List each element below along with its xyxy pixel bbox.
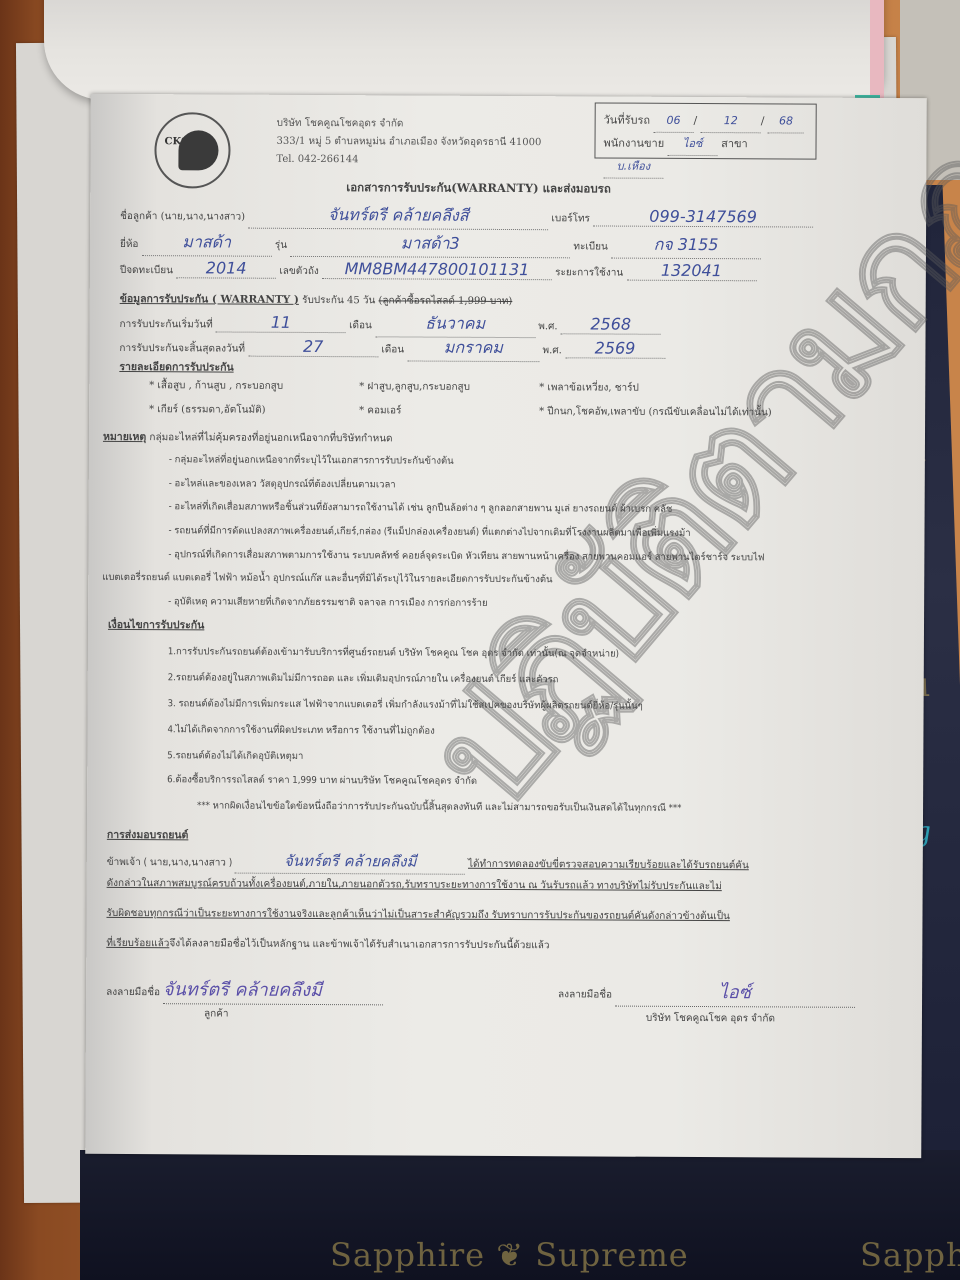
phone-label: เบอร์โทร (551, 213, 590, 224)
delivery-text: ที่เรียบร้อยแล้ว (106, 938, 169, 949)
registration-row: ปีจดทะเบียน 2014 เลขตัวถัง MM8BM44780010… (120, 258, 757, 281)
start-month: ธันวาคม (375, 311, 535, 338)
month-label: เดือน (349, 320, 372, 331)
receive-month: 12 (701, 110, 761, 133)
model-value: มาสด้า3 (290, 231, 570, 258)
delivery-text: ได้ทำการทดลองขับขี่ตรวจสอบความเรียบร้อยแ… (468, 859, 749, 871)
exclusion-item: - อะไหล่และของเหลว วัสดุอุปกรณ์ที่ต้องเป… (169, 476, 396, 492)
coverage-heading-row: รายละเอียดการรับประกัน (119, 358, 233, 376)
customer-name-value: จันทร์ตรี คล้ายคลึงสี (248, 203, 548, 231)
exclusion-item: แบตเตอรี่รถยนต์ แบตเตอรี่ ไฟฟ้า หม้อน้ำ … (102, 570, 552, 587)
receive-day: 06 (653, 110, 693, 133)
vin-value: MM8BM447800101131 (322, 259, 552, 280)
conditions-footnote: *** หากผิดเงื่อนไขข้อใดข้อหนึ่งถือว่าการ… (197, 798, 681, 816)
company-tel: Tel. 042-266144 (276, 151, 541, 170)
end-day: 27 (248, 337, 378, 358)
warranty-heading: ข้อมูลการรับประกัน ( WARRANTY ) (120, 293, 299, 306)
company-sign-label: ลงลายมือชื่อ (558, 989, 612, 1000)
be-year-label: พ.ศ. (538, 321, 557, 332)
coverage-heading: รายละเอียดการรับประกัน (119, 361, 233, 374)
bird-icon (178, 130, 218, 170)
coverage-item: * เพลาข้อเหวี่ยง, ชาร์ป (539, 380, 639, 396)
model-label: รุ่น (275, 240, 287, 251)
salesperson-value: ไอซ์ (668, 133, 718, 156)
end-month: มกราคม (407, 335, 539, 362)
delivery-heading: การส่งมอบรถยนต์ (107, 829, 189, 841)
warranty-heading-row: ข้อมูลการรับประกัน ( WARRANTY ) รับประกั… (120, 290, 513, 309)
company-signature: ไอซ์ (615, 977, 855, 1008)
condition-item: 4.ไม่ได้เกิดจากการใช้งานที่ผิดประเภท หรื… (167, 722, 434, 738)
receive-info-box: วันที่รับรถ 06/ 12/ 68 พนักงานขาย ไอซ์ ส… (594, 102, 816, 159)
exclusion-item: - อุปกรณ์ที่เกิดการเสื่อมสภาพตามการใช้งา… (168, 547, 764, 565)
coverage-item: * เกียร์ (ธรรมดา,อัตโนมัติ) (149, 402, 265, 418)
year-value: 2014 (176, 258, 276, 279)
company-header: บริษัท โชคคูณโชคอุดร จำกัด 333/1 หมู่ 5 … (276, 115, 541, 170)
month-label: เดือน (381, 344, 404, 355)
be-year-label: พ.ศ. (542, 345, 561, 356)
coverage-item: * ฝาสูบ,ลูกสูบ,กระบอกสูบ (359, 379, 470, 395)
delivery-line-4: ที่เรียบร้อยแล้วจึงได้ลงลายมือชื่อไว้เป็… (106, 936, 549, 953)
delivery-line-3: รับผิดชอบทุกกรณีว่าเป็นระยะทางการใช้งานจ… (106, 906, 729, 924)
exclusions-heading: กลุ่มอะไหล่ที่ไม่คุ้มครองที่อยู่นอกเหนือ… (149, 432, 392, 444)
coverage-item: * เสื้อสูบ , ก้านสูบ , กระบอกสูบ (149, 378, 283, 394)
exclusions-heading-row: หมายเหตุ กลุ่มอะไหล่ที่ไม่คุ้มครองที่อยู… (103, 428, 393, 447)
company-address: 333/1 หมู่ 5 ตำบลหมูม่น อำเภอเมือง จังหว… (276, 133, 541, 152)
condition-item: 3. รถยนต์ต้องไม่มีการเพิ่มกระแส ไฟฟ้าจาก… (168, 696, 643, 713)
customer-signature: จันทร์ตรี คล้ายคลึงมี (163, 974, 383, 1005)
year-label: ปีจดทะเบียน (120, 265, 173, 276)
bag-brand-text: Sapph (860, 1236, 960, 1274)
end-year: 2569 (565, 338, 665, 359)
start-year: 2568 (561, 314, 661, 335)
condition-item: 2.รถยนต์ต้องอยู่ในสภาพเดิมไม่มีการถอด แล… (168, 670, 559, 687)
receive-date-label: วันที่รับรถ (604, 114, 650, 127)
exclusion-item: - อุบัติเหตุ ความเสียหายที่เกิดจากภัยธรร… (168, 594, 487, 611)
customer-name-row: ชื่อลูกค้า (นาย,นาง,นางสาว) จันทร์ตรี คล… (120, 202, 813, 232)
exclusions-label: หมายเหตุ (103, 431, 146, 443)
mileage-value: 132041 (626, 261, 756, 282)
customer-role: ลูกค้า (204, 1006, 229, 1021)
bag-brand-text: Sapphire ❦ Supreme (330, 1236, 689, 1274)
delivery-line-2: ดังกล่าวในสภาพสมบูรณ์ครบถ้วนทั้งเครื่องย… (107, 876, 722, 894)
company-name: บริษัท โชคคูณโชคอุดร จำกัด (277, 115, 542, 134)
start-day: 11 (216, 312, 346, 333)
start-label: การรับประกันเริ่มวันที่ (120, 319, 213, 330)
curled-page (44, 0, 884, 100)
delivery-heading-row: การส่งมอบรถยนต์ (107, 826, 189, 843)
coverage-item: * คอมเอร์ (359, 403, 401, 418)
delivery-prefix: ข้าพเจ้า ( นาย,นาง,นางสาว ) (107, 857, 233, 869)
branch-value: บ.เหือง (603, 156, 663, 179)
warranty-struck-note: (ลูกค้าซื้อรถไสลด์ 1,999 บาท) (378, 295, 512, 307)
vin-label: เลขตัวถัง (279, 266, 318, 277)
warranty-document: ปฏิบัติตามกฎ CKC บริษัท โชคคูณโชคอุดร จำ… (85, 94, 927, 1158)
customer-sign-label: ลงลายมือชื่อ (106, 987, 160, 998)
conditions-heading-row: เงื่อนไขการรับประกัน (108, 616, 204, 634)
plate-label: ทะเบียน (573, 241, 607, 252)
brand-label: ยี่ห้อ (120, 239, 139, 250)
vehicle-row: ยี่ห้อ มาสด้า รุ่น มาสด้า3 ทะเบียน กจ 31… (120, 230, 761, 259)
delivery-line-1: ข้าพเจ้า ( นาย,นาง,นางสาว ) จันทร์ตรี คล… (107, 848, 749, 876)
exclusion-item: - กลุ่มอะไหล่ที่อยู่นอกเหนือจากที่ระบุไว… (169, 452, 454, 468)
plate-value: กจ 3155 (611, 233, 761, 260)
condition-item: 1.การรับประกันรถยนต์ต้องเข้ามารับบริการท… (168, 644, 619, 661)
condition-item: 6.ต้องซื้อบริการรถไสลด์ ราคา 1,999 บาท ผ… (167, 772, 477, 789)
delivery-customer-name: จันทร์ตรี คล้ายคลึงมี (235, 849, 465, 875)
exclusion-item: - รถยนต์ที่มีการดัดแปลงสภาพเครื่องยนต์,เ… (168, 523, 690, 541)
pink-paper-edge (870, 0, 884, 100)
salesperson-label: พนักงานขาย (603, 137, 664, 150)
phone-value: 099-3147569 (593, 206, 813, 227)
branch-label: สาขา (721, 137, 748, 150)
customer-name-label: ชื่อลูกค้า (นาย,นาง,นางสาว) (120, 211, 245, 223)
exclusion-item: - อะไหล่ที่เกิดเสื่อมสภาพหรือชิ้นส่วนที่… (169, 499, 673, 517)
company-logo: CKC (154, 112, 230, 188)
company-role: บริษัท โชคคูณโชค อุดร จำกัด (646, 1011, 775, 1027)
dark-bag-bottom: Sapphire ❦ Supreme Sapph (80, 1150, 960, 1280)
coverage-item: * ปีกนก,โชคอัพ,เพลาขับ (กรณีขับเคลื่อนไม… (539, 404, 772, 420)
receive-year: 68 (768, 110, 804, 133)
document-title: เอกสารการรับประกัน(WARRANTY) และส่งมอบรถ (346, 179, 611, 198)
warranty-duration: รับประกัน 45 วัน (302, 295, 375, 306)
customer-signature-block: ลงลายมือชื่อ จันทร์ตรี คล้ายคลึงมี (106, 974, 383, 1005)
delivery-text: จึงได้ลงลายมือชื่อไว้เป็นหลักฐาน และข้าพ… (169, 938, 549, 951)
company-signature-block: ลงลายมือชื่อ ไอซ์ (558, 976, 855, 1008)
conditions-heading: เงื่อนไขการรับประกัน (108, 619, 204, 632)
mileage-label: ระยะการใช้งาน (555, 267, 623, 278)
condition-item: 5.รถยนต์ต้องไม่ได้เกิดอุบัติเหตุมา (167, 748, 303, 764)
end-label: การรับประกันจะสิ้นสุดลงวันที่ (119, 343, 245, 355)
brand-value: มาสด้า (142, 230, 272, 257)
